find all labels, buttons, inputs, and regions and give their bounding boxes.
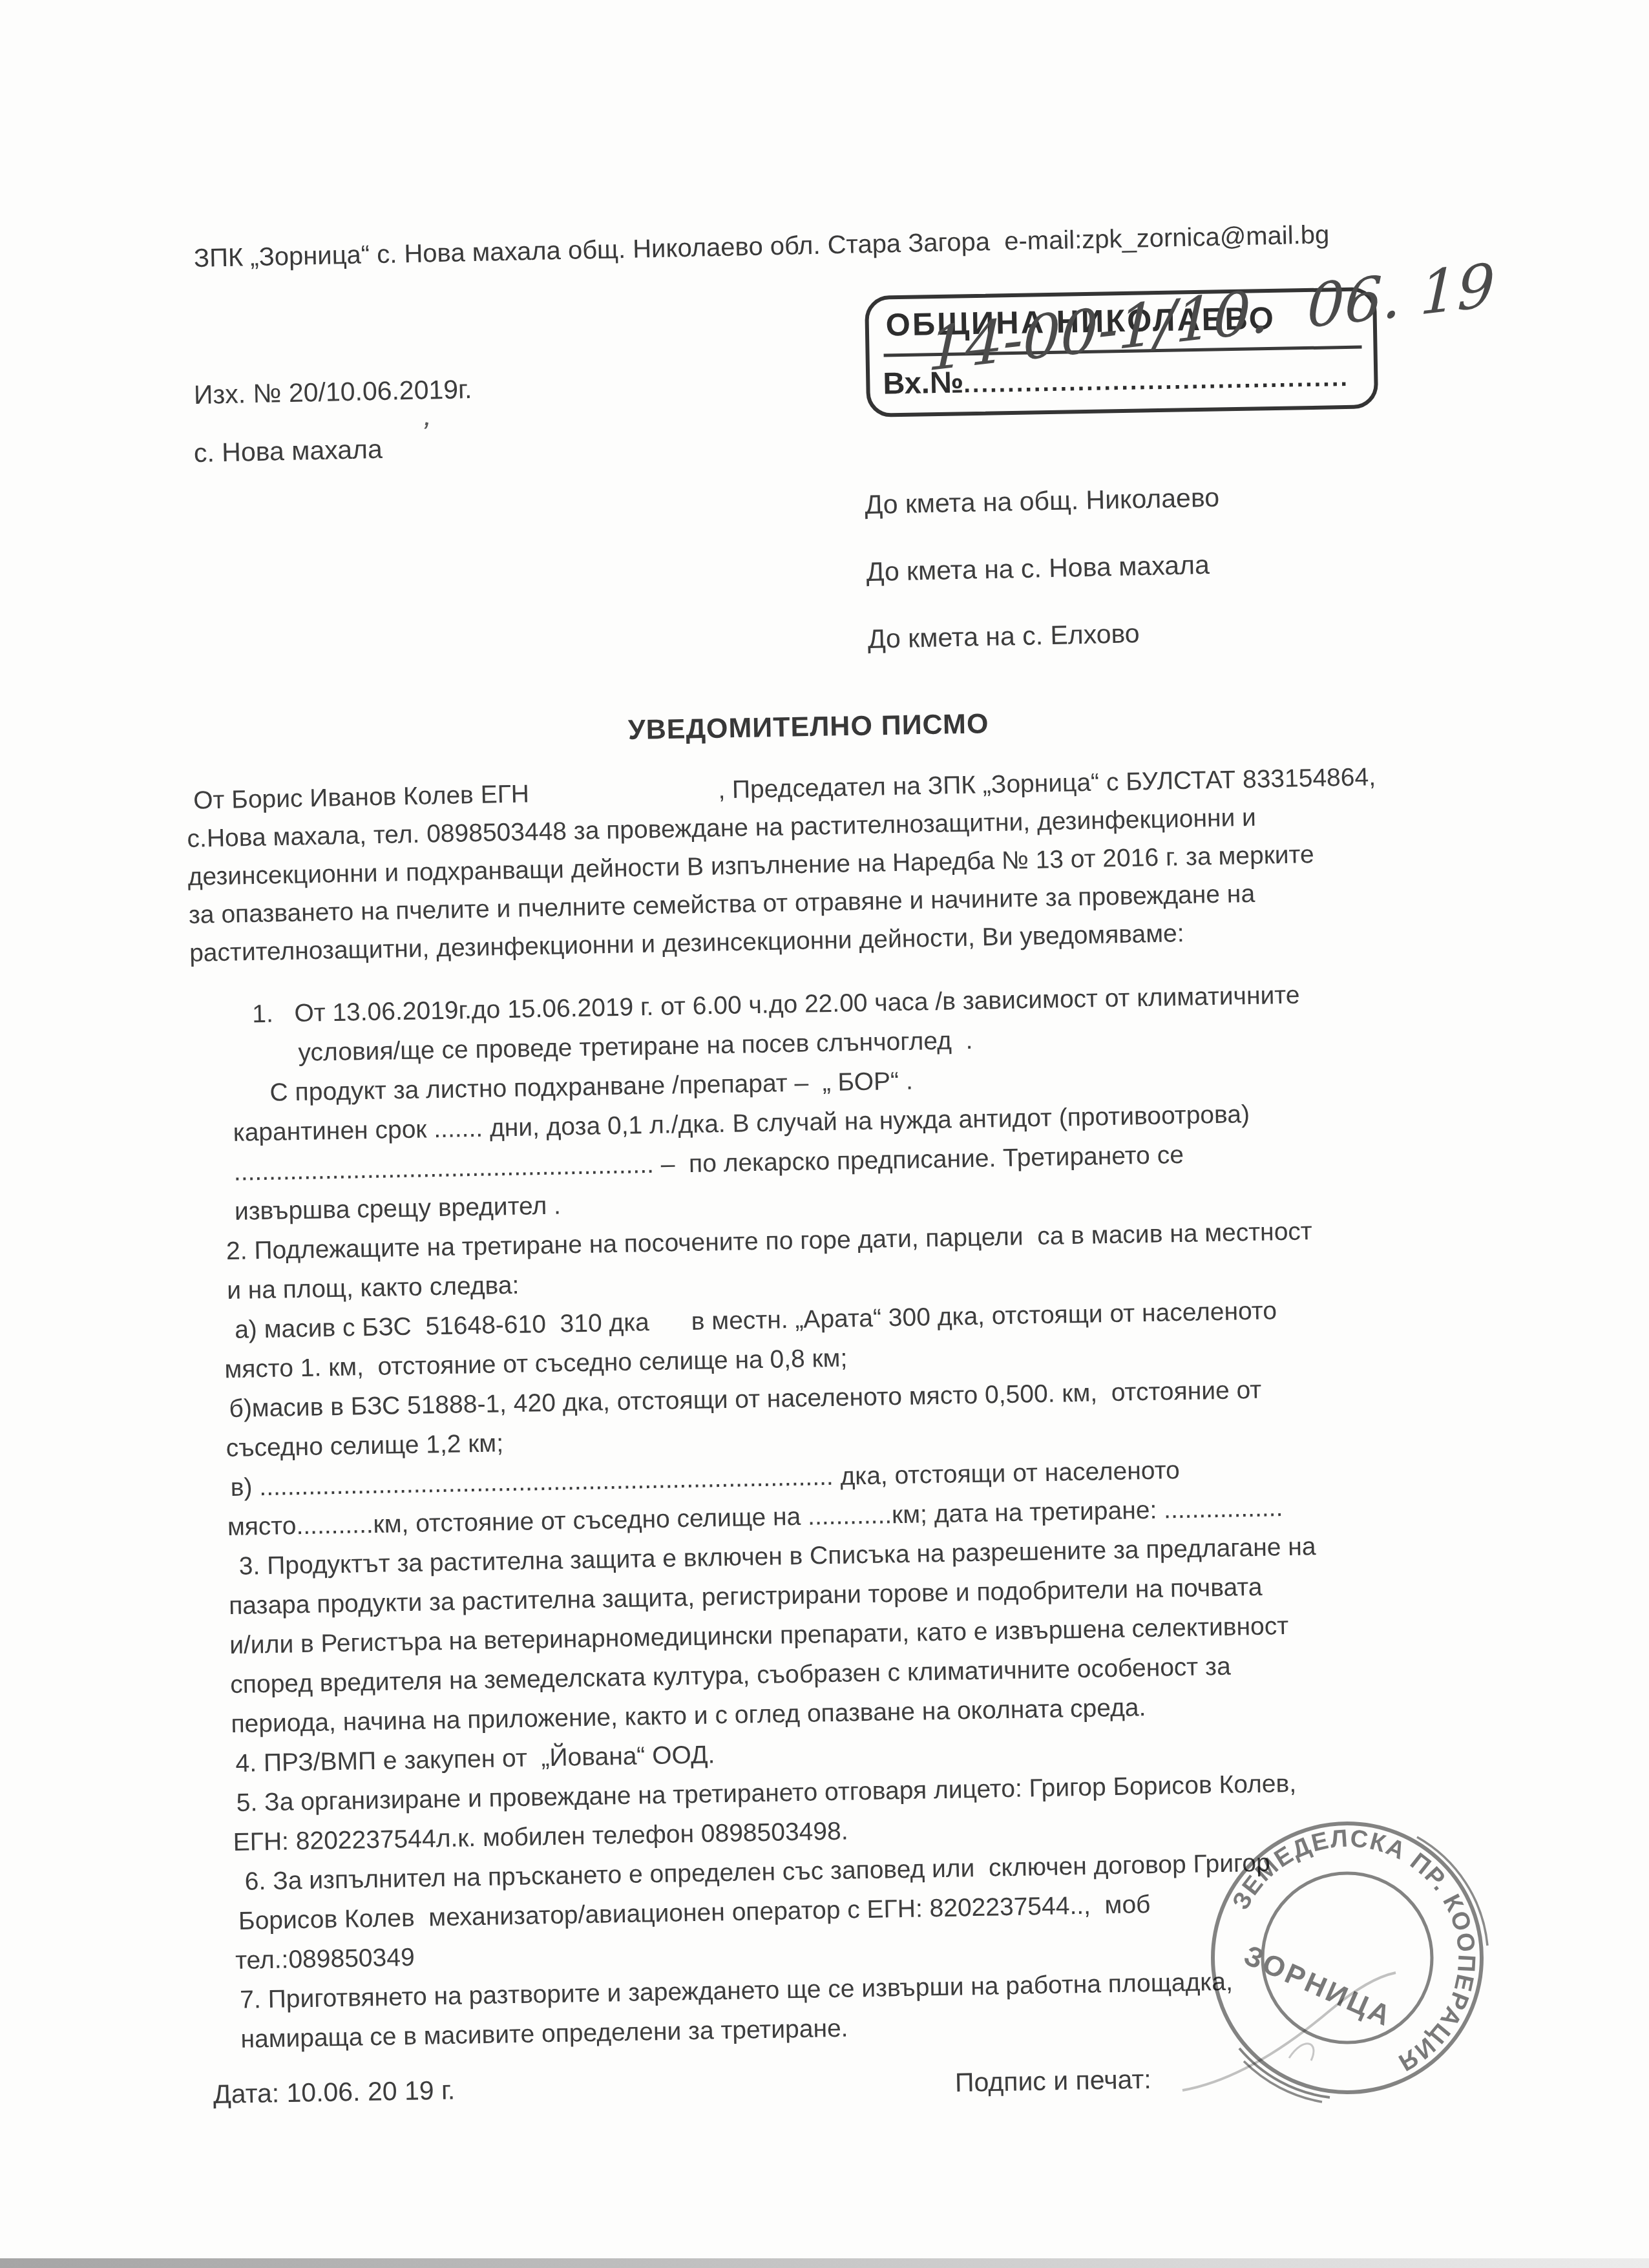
round-cooperative-stamp: ЗЕМЕДЕЛСКА ПР. КООПЕРАЦИЯ ЗОРНИЦА [1202,1812,1506,2116]
stamp-center-text: ЗОРНИЦА [1239,1939,1398,2033]
scan-edge-artifact [0,2258,1649,2268]
document-title: УВЕДОМИТЕЛНО ПИСМО [628,708,989,746]
place-line: с. Нова махала [194,434,383,468]
recipients-block: До кмета на общ. Николаево До кмета на с… [865,483,1223,691]
outgoing-ref-number: Изх. № 20/10.06.2019г. [194,374,472,410]
scanned-document-page: ЗПК „Зорница“ с. Нова махала общ. Никола… [0,0,1649,2268]
recipient-line: До кмета на общ. Николаево [865,483,1221,557]
recipient-line: До кмета на с. Нова махала [866,549,1222,624]
numbered-body-text: 1. От 13.06.2019г.до 15.06.2019 г. от 6.… [191,981,1327,2065]
pen-mark: ’ [417,415,432,450]
company-header-line: ЗПК „Зорница“ с. Нова махала общ. Никола… [194,220,1330,273]
intro-paragraph: От Борис Иванов Колев ЕГН , Председател … [186,763,1380,978]
signature-label: Подпис и печат: [955,2064,1151,2098]
date-line: Дата: 10.06. 20 19 г. [213,2075,456,2110]
recipient-line: До кмета на с. Елхово [867,616,1223,691]
